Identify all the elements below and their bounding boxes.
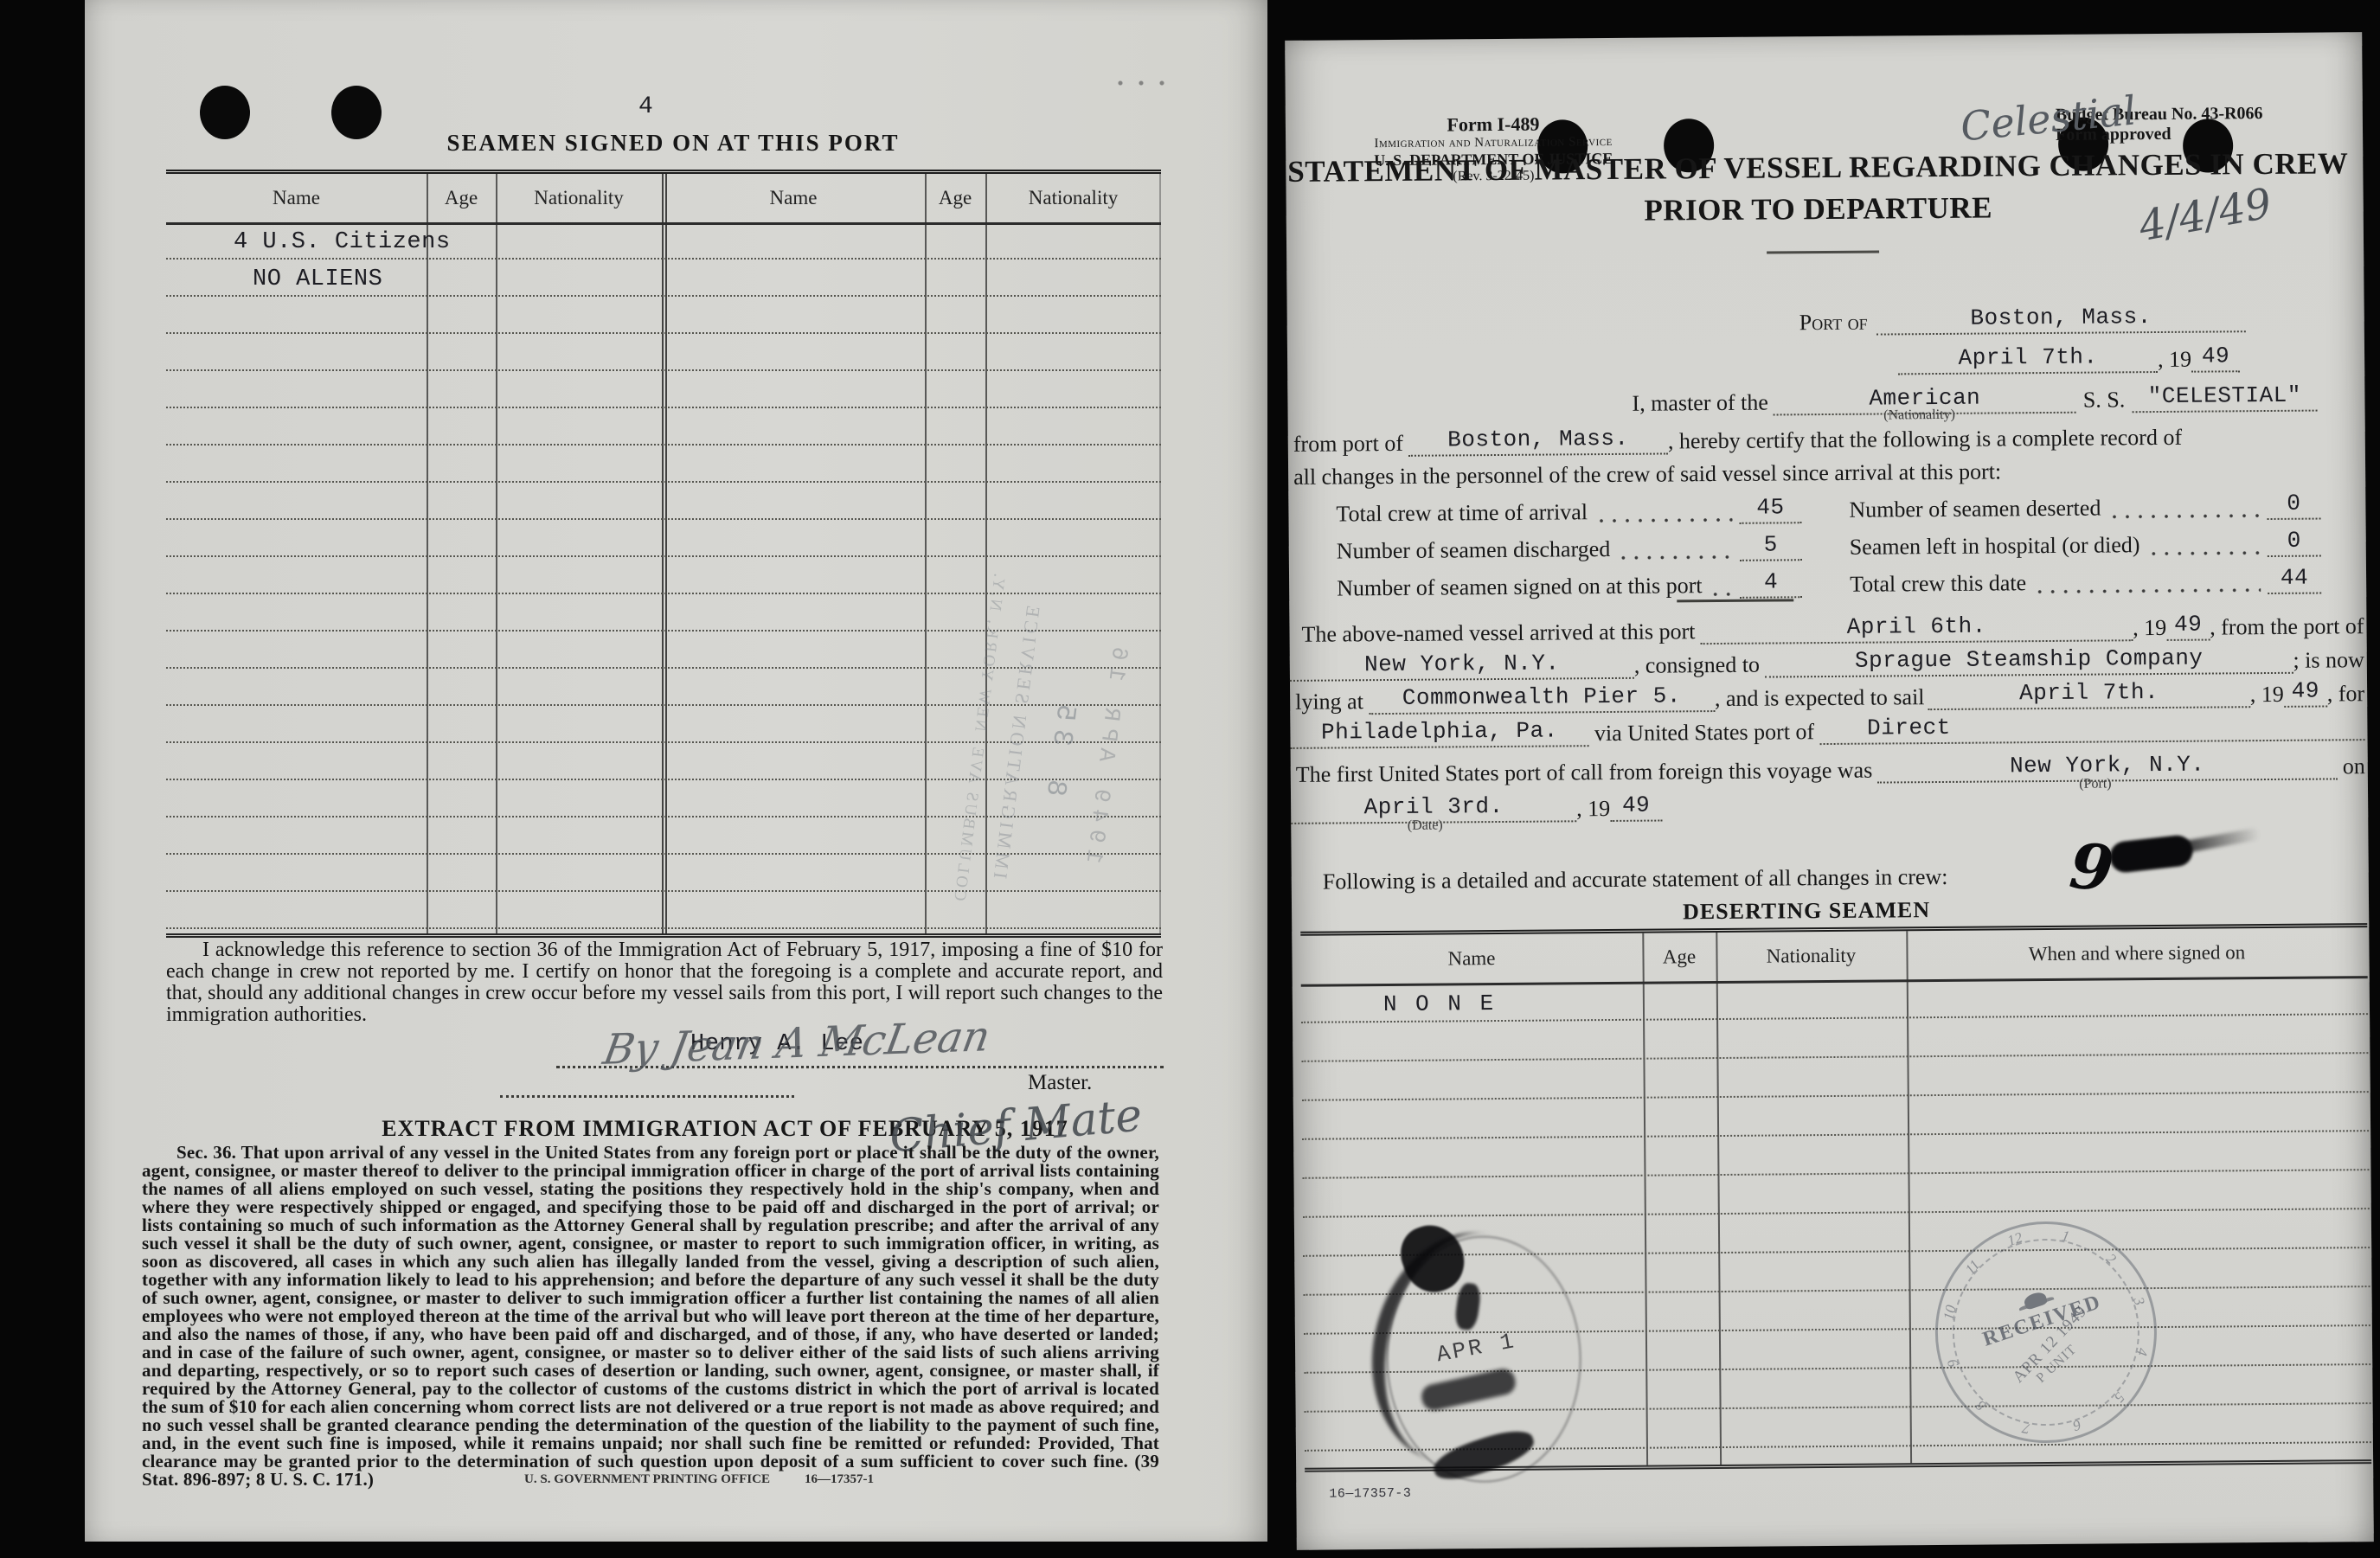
date-value: April 7th. — [1958, 344, 2097, 373]
text: , 19 — [1576, 796, 1610, 822]
col-name: Name — [166, 187, 427, 209]
entry-no-aliens: NO ALIENS — [253, 266, 382, 292]
stat-label: Number of seamen deserted — [1849, 496, 2101, 523]
ink-scribble: 9 — [2069, 822, 2261, 901]
title-rule — [1767, 251, 1879, 254]
scribble-digit: 9 — [2067, 828, 2117, 905]
text: , 19 — [2250, 682, 2284, 708]
col-name: Name — [1300, 946, 1642, 971]
from-port-rest: , hereby certify that the following is a… — [1668, 425, 2182, 455]
port-small-label: (Port) — [2009, 776, 2182, 793]
port-of-value: Boston, Mass. — [1970, 304, 2152, 333]
col-age-2: Age — [925, 187, 985, 209]
text: ; is now — [2293, 647, 2364, 674]
gpo-print-code: 16—17357-1 — [805, 1472, 874, 1487]
right-page: Form I-489 Immigration and Naturalizatio… — [1285, 32, 2374, 1550]
col-name-2: Name — [662, 187, 925, 209]
table-row: NO ALIENS — [166, 260, 1161, 297]
bleed-date: 1949 APR 16 — [1081, 638, 1133, 864]
year-prefix: , 19 — [2158, 347, 2191, 373]
master-label: Master. — [1028, 1071, 1092, 1095]
following-statement-line: Following is a detailed and accurate sta… — [1323, 864, 1948, 895]
stat-signed-on: Number of seamen signed on at this port … — [1337, 568, 1802, 601]
text: , 19 — [2133, 615, 2166, 641]
stat-value: 0 — [2287, 528, 2301, 555]
col-when-where: When and where signed on — [1906, 940, 2367, 966]
arrived-year-value: 49 — [2174, 612, 2202, 639]
consignee-value: Sprague Steamship Company — [1855, 645, 2204, 676]
from-port-of-value: New York, N.Y. — [1364, 650, 1560, 679]
from-port-value: Boston, Mass. — [1447, 426, 1629, 455]
dark-date-stamp: APR 1 — [1376, 1230, 1581, 1483]
stat-label: Seamen left in hospital (or died) — [1850, 532, 2140, 561]
text: The first United States port of call fro… — [1296, 758, 1873, 788]
text: via United States port of — [1588, 719, 1814, 747]
master-lead: I, master of the — [1632, 390, 1768, 417]
acknowledgment-paragraph: I acknowledge this reference to section … — [166, 939, 1163, 1026]
col-nationality: Nationality — [1716, 944, 1906, 968]
deserting-seamen-title: DESERTING SEAMEN — [1292, 894, 2321, 928]
col-nationality: Nationality — [496, 187, 662, 209]
text: on — [2337, 753, 2365, 779]
stat-value: 0 — [2287, 490, 2300, 518]
col-nationality-2: Nationality — [985, 187, 1161, 209]
stat-value: 45 — [1756, 494, 1784, 522]
from-port-line: from port of Boston, Mass. , hereby cert… — [1293, 420, 2363, 458]
stat-seamen-discharged: Number of seamen discharged 5 — [1337, 531, 1802, 564]
arrival-line-2: New York, N.Y. , consigned to Sprague St… — [1290, 644, 2364, 682]
form-id: Form I-489 — [1338, 112, 1649, 138]
first-port-date-line: April 3rd. , 19 49 — [1291, 792, 1680, 824]
nationality-label: (Nationality) — [1859, 407, 1980, 424]
text: The above-named vessel arrived at this p… — [1301, 619, 1695, 648]
form-title-line1: STATEMENT OF MASTER OF VESSEL REGARDING … — [1286, 146, 2350, 189]
text: , consigned to — [1634, 652, 1760, 679]
sail-date-value: April 7th. — [2019, 679, 2159, 708]
section-rule — [1677, 599, 1793, 602]
gpo-footer: U. S. GOVERNMENT PRINTING OFFICE 16—1735… — [370, 1472, 1028, 1487]
from-port-lead: from port of — [1293, 431, 1403, 458]
stat-value: 44 — [2281, 565, 2308, 593]
print-code-footer: 16—17357-3 — [1329, 1486, 1411, 1502]
stat-left-in-hospital: Seamen left in hospital (or died) 0 — [1850, 528, 2321, 561]
vessel-name-value: "CELESTIAL" — [2148, 382, 2301, 411]
col-age: Age — [1642, 946, 1716, 969]
via-port-value: Direct — [1867, 715, 1951, 743]
arrival-line-4: Philadelphia, Pa. via United States port… — [1290, 711, 2364, 749]
left-page: 4 SEAMEN SIGNED ON AT THIS PORT Name Age… — [85, 0, 1267, 1542]
text: , from the port of — [2210, 613, 2364, 640]
port-of-line: Port of Boston, Mass. — [1799, 303, 2246, 336]
stat-label: Number of seamen signed on at this port — [1337, 573, 1703, 601]
scanned-document: 4 SEAMEN SIGNED ON AT THIS PORT Name Age… — [0, 0, 2380, 1558]
signature-line-2 — [500, 1095, 794, 1098]
stat-label: Number of seamen discharged — [1337, 536, 1611, 564]
gpo-office: U. S. GOVERNMENT PRINTING OFFICE — [524, 1472, 770, 1487]
destination-value: Philadelphia, Pa. — [1321, 717, 1558, 747]
table-header-row: Name Age Nationality Name Age Nationalit… — [166, 174, 1161, 225]
left-page-heading: SEAMEN SIGNED ON AT THIS PORT — [370, 130, 976, 157]
ss-label: S. S. — [2083, 387, 2126, 413]
date-small-label: (Date) — [1373, 817, 1477, 834]
table-row: 4 U.S. Citizens — [166, 222, 1161, 260]
first-port-year-value: 49 — [1622, 792, 1650, 820]
col-age: Age — [427, 187, 496, 209]
punch-hole — [200, 86, 250, 139]
all-changes-line: all changes in the personnel of the crew… — [1293, 458, 2001, 490]
sail-year-value: 49 — [2292, 678, 2319, 706]
arrived-date-value: April 6th. — [1847, 613, 1986, 642]
stat-seamen-deserted: Number of seamen deserted 0 — [1849, 490, 2320, 523]
year-value: 49 — [2202, 343, 2229, 370]
arrival-line-3: lying at Commonwealth Pier 5. , and is e… — [1295, 677, 2364, 715]
entry-none: N O N E — [1383, 991, 1496, 1017]
date-line: April 7th. , 19 49 — [1898, 343, 2255, 375]
stat-label: Total crew at time of arrival — [1336, 499, 1588, 527]
entry-us-citizens: 4 U.S. Citizens — [234, 229, 451, 255]
lying-at-value: Commonwealth Pier 5. — [1402, 683, 1681, 713]
arrival-line-1: The above-named vessel arrived at this p… — [1301, 610, 2364, 648]
stat-total-crew-date: Total crew this date 44 — [1850, 565, 2321, 598]
bleed-time: 8 35 — [1039, 694, 1083, 798]
bleedthrough-stamp: 1949 APR 16 8 35 IMMIGRATION SERVICE COL… — [842, 533, 1248, 955]
stat-total-crew-arrival: Total crew at time of arrival 45 — [1336, 494, 1801, 527]
page-number: 4 — [638, 93, 653, 120]
stat-value: 5 — [1764, 531, 1778, 559]
text: , for — [2327, 681, 2365, 707]
stat-label: Total crew this date — [1850, 570, 2026, 598]
extract-body: Sec. 36. That upon arrival of any vessel… — [142, 1144, 1159, 1489]
ink-specks — [1110, 80, 1171, 87]
stat-value: 4 — [1764, 568, 1778, 596]
text: lying at — [1295, 689, 1363, 715]
port-of-label: Port of — [1799, 310, 1868, 337]
first-port-line: The first United States port of call fro… — [1296, 750, 2365, 788]
text: , and is expected to sail — [1715, 684, 1925, 712]
